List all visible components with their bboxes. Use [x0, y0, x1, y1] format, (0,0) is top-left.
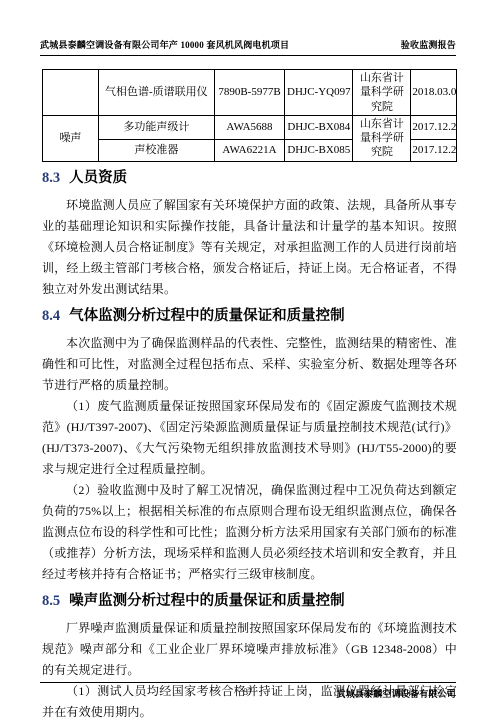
paragraph: （1）废气监测质量保证按照国家环保局发布的《固定源废气监测技术规范》(HJ/T3…: [42, 396, 457, 480]
cell-category-noise: 噪声: [43, 115, 99, 161]
cell-model: 7890B-5977B: [214, 70, 284, 116]
cell-model: AWA5688: [214, 115, 284, 139]
section-number: 8.5: [42, 593, 60, 609]
equipment-table: 气相色谱-质谱联用仪 7890B-5977B DHJC-YQ097 山东省计量科…: [42, 69, 457, 162]
running-footer: 37 武城县泰麟空调设备有限公司: [40, 682, 456, 701]
paragraph: 本次监测中为了确保监测样品的代表性、完整性，监测结果的精密性、准确性和可比性，对…: [42, 333, 457, 396]
header-project-title: 武城县泰麟空调设备有限公司年产 10000 套风机风阀电机项目: [40, 38, 289, 51]
cell-date: 2017.12.27: [411, 139, 457, 161]
section-heading-8-4: 8.4气体监测分析过程中的质量保证和质量控制: [42, 307, 457, 326]
section-heading-8-3: 8.3人员资质: [42, 169, 457, 188]
cell-code: DHJC-BX085: [285, 139, 353, 161]
cell-instrument: 气相色谱-质谱联用仪: [98, 70, 214, 116]
cell-category-empty: [43, 70, 99, 116]
cell-code: DHJC-BX084: [285, 115, 353, 139]
paragraph: 厂界噪声监测质量保证和质量控制按照国家环保局发布的《环境监测技术规范》噪声部分和…: [42, 618, 457, 681]
document-page: 武城县泰麟空调设备有限公司年产 10000 套风机风阀电机项目 验收监测报告 气…: [0, 0, 492, 721]
table-row: 气相色谱-质谱联用仪 7890B-5977B DHJC-YQ097 山东省计量科…: [43, 70, 457, 116]
paragraph: （2）验收监测中及时了解工况情况，确保监测过程中工况负荷达到额定负荷的75%以上…: [42, 480, 457, 585]
cell-code: DHJC-YQ097: [285, 70, 353, 116]
footer-company-name: 武城县泰麟空调设备有限公司: [336, 687, 456, 700]
cell-model: AWA6221A: [214, 139, 284, 161]
page-content: 气相色谱-质谱联用仪 7890B-5977B DHJC-YQ097 山东省计量科…: [42, 69, 457, 721]
section-title: 人员资质: [69, 170, 127, 186]
section-number: 8.3: [42, 170, 60, 186]
cell-agency: 山东省计量科学研究院: [353, 70, 411, 116]
section-heading-8-5: 8.5噪声监测分析过程中的质量保证和质量控制: [42, 592, 457, 611]
cell-instrument: 声校准器: [98, 139, 214, 161]
cell-agency: 山东省计量科学研究院: [353, 115, 411, 161]
section-title: 气体监测分析过程中的质量保证和质量控制: [69, 308, 345, 324]
section-number: 8.4: [42, 308, 60, 324]
cell-date: 2018.03.08: [411, 70, 457, 116]
header-report-type: 验收监测报告: [401, 38, 456, 51]
section-title: 噪声监测分析过程中的质量保证和质量控制: [69, 593, 345, 609]
table-row: 噪声 多功能声级计 AWA5688 DHJC-BX084 山东省计量科学研究院 …: [43, 115, 457, 139]
paragraph: 环境监测人员应了解国家有关环境保护方面的政策、法规，具备所从事专业的基础理论知识…: [42, 195, 457, 300]
cell-date: 2017.12.26: [411, 115, 457, 139]
cell-instrument: 多功能声级计: [98, 115, 214, 139]
running-header: 武城县泰麟空调设备有限公司年产 10000 套风机风阀电机项目 验收监测报告: [40, 38, 456, 56]
